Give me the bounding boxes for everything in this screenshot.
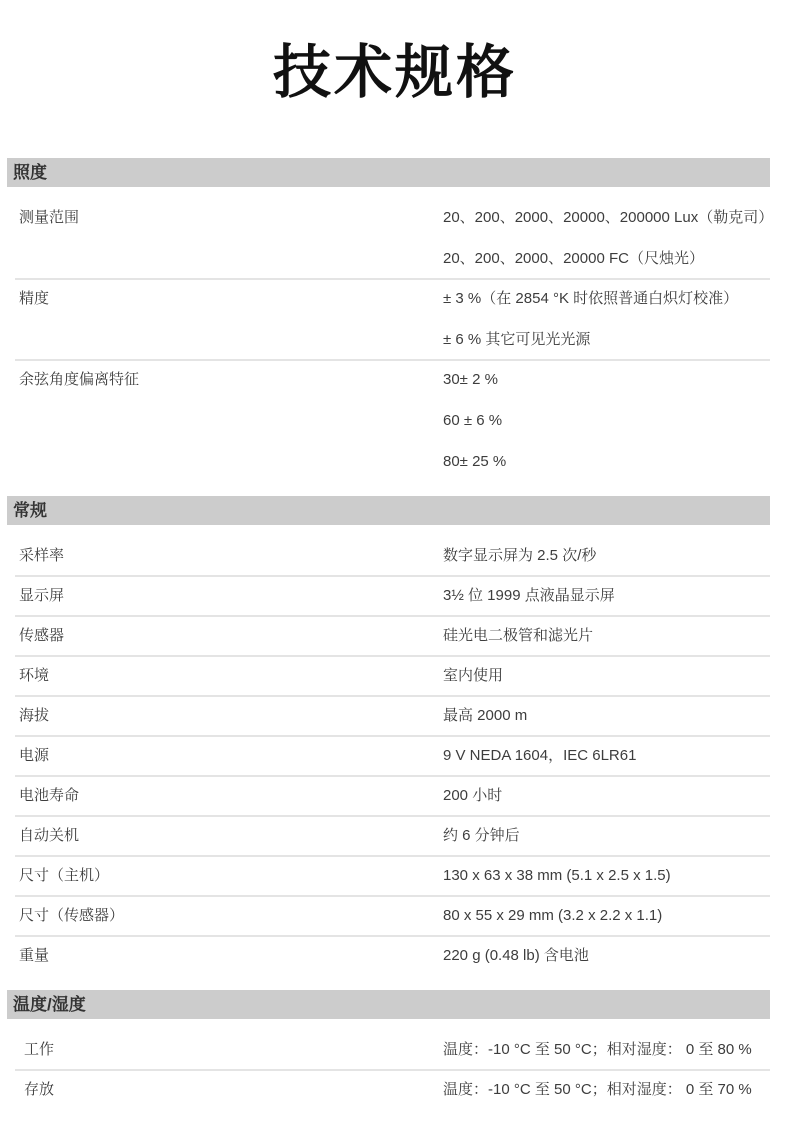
spec-section: 照度测量范围20、200、2000、20000、200000 Lux（勒克司）2…	[0, 158, 790, 481]
spec-value-line: ± 3 %（在 2854 °K 时依照普通白炽灯校准）	[443, 289, 770, 309]
spec-values: 30± 2 %60 ± 6 %80± 25 %	[443, 370, 770, 472]
section-header: 常规	[7, 496, 770, 525]
spec-row: 尺寸（传感器）80 x 55 x 29 mm (3.2 x 2.2 x 1.1)	[15, 897, 770, 937]
spec-value-line: 80± 25 %	[443, 452, 770, 472]
section-header: 温度/湿度	[7, 990, 770, 1019]
spec-label: 自动关机	[15, 826, 443, 846]
spec-values: 温度：-10 °C 至 50 °C；相对湿度： 0 至 70 %	[443, 1080, 770, 1100]
spec-row: 环境室内使用	[15, 657, 770, 697]
spec-values: 200 小时	[443, 786, 770, 806]
spec-value-line: 硅光电二极管和滤光片	[443, 626, 770, 646]
spec-label: 存放	[15, 1080, 443, 1100]
spec-section: 温度/湿度工作温度：-10 °C 至 50 °C；相对湿度： 0 至 80 %存…	[0, 990, 790, 1109]
spec-value-line: ± 6 % 其它可见光光源	[443, 330, 770, 350]
spec-row: 余弦角度偏离特征30± 2 %60 ± 6 %80± 25 %	[15, 361, 770, 481]
spec-values: 130 x 63 x 38 mm (5.1 x 2.5 x 1.5)	[443, 866, 770, 886]
spec-value-line: 最高 2000 m	[443, 706, 770, 726]
spec-values: ± 3 %（在 2854 °K 时依照普通白炽灯校准）± 6 % 其它可见光光源	[443, 289, 770, 350]
spec-values: 约 6 分钟后	[443, 826, 770, 846]
spec-row: 采样率数字显示屏为 2.5 次/秒	[15, 525, 770, 577]
spec-row: 自动关机约 6 分钟后	[15, 817, 770, 857]
spec-value-line: 60 ± 6 %	[443, 411, 770, 431]
spec-value-line: 室内使用	[443, 666, 770, 686]
spec-values: 220 g (0.48 lb) 含电池	[443, 946, 770, 966]
spec-values: 数字显示屏为 2.5 次/秒	[443, 546, 770, 566]
spec-label: 重量	[15, 946, 443, 966]
spec-value-line: 80 x 55 x 29 mm (3.2 x 2.2 x 1.1)	[443, 906, 770, 926]
spec-values: 室内使用	[443, 666, 770, 686]
spec-value-line: 温度：-10 °C 至 50 °C；相对湿度： 0 至 80 %	[443, 1040, 770, 1060]
section-header: 照度	[7, 158, 770, 187]
spec-values: 9 V NEDA 1604，IEC 6LR61	[443, 746, 770, 766]
spec-values: 20、200、2000、20000、200000 Lux（勒克司）20、200、…	[443, 208, 770, 269]
spec-row: 海拔最高 2000 m	[15, 697, 770, 737]
spec-label: 环境	[15, 666, 443, 686]
spec-value-line: 30± 2 %	[443, 370, 770, 390]
spec-row: 电源9 V NEDA 1604，IEC 6LR61	[15, 737, 770, 777]
spec-row: 存放温度：-10 °C 至 50 °C；相对湿度： 0 至 70 %	[15, 1071, 770, 1109]
spec-values: 3½ 位 1999 点液晶显示屏	[443, 586, 770, 606]
spec-label: 电池寿命	[15, 786, 443, 806]
spec-value-line: 3½ 位 1999 点液晶显示屏	[443, 586, 770, 606]
spec-row: 电池寿命200 小时	[15, 777, 770, 817]
spec-row: 传感器硅光电二极管和滤光片	[15, 617, 770, 657]
spec-value-line: 数字显示屏为 2.5 次/秒	[443, 546, 770, 566]
spec-label: 海拔	[15, 706, 443, 726]
page-title: 技术规格	[0, 31, 790, 115]
section-rows: 测量范围20、200、2000、20000、200000 Lux（勒克司）20、…	[15, 187, 770, 481]
spec-values: 80 x 55 x 29 mm (3.2 x 2.2 x 1.1)	[443, 906, 770, 926]
spec-label: 电源	[15, 746, 443, 766]
spec-value-line: 20、200、2000、20000、200000 Lux（勒克司）	[443, 208, 770, 228]
spec-values: 硅光电二极管和滤光片	[443, 626, 770, 646]
spec-section: 常规采样率数字显示屏为 2.5 次/秒显示屏3½ 位 1999 点液晶显示屏传感…	[0, 496, 790, 975]
spec-values: 温度：-10 °C 至 50 °C；相对湿度： 0 至 80 %	[443, 1040, 770, 1060]
spec-label: 测量范围	[15, 208, 443, 228]
spec-label: 采样率	[15, 546, 443, 566]
spec-label: 工作	[15, 1040, 443, 1060]
spec-values: 最高 2000 m	[443, 706, 770, 726]
spec-label: 尺寸（主机）	[15, 866, 443, 886]
spec-row: 工作温度：-10 °C 至 50 °C；相对湿度： 0 至 80 %	[15, 1019, 770, 1071]
spec-row: 重量220 g (0.48 lb) 含电池	[15, 937, 770, 975]
spec-value-line: 温度：-10 °C 至 50 °C；相对湿度： 0 至 70 %	[443, 1080, 770, 1100]
spec-label: 尺寸（传感器）	[15, 906, 443, 926]
spec-label: 显示屏	[15, 586, 443, 606]
spec-row: 测量范围20、200、2000、20000、200000 Lux（勒克司）20、…	[15, 187, 770, 280]
spec-value-line: 20、200、2000、20000 FC（尺烛光）	[443, 249, 770, 269]
spec-label: 传感器	[15, 626, 443, 646]
spec-row: 尺寸（主机）130 x 63 x 38 mm (5.1 x 2.5 x 1.5)	[15, 857, 770, 897]
spec-row: 精度± 3 %（在 2854 °K 时依照普通白炽灯校准）± 6 % 其它可见光…	[15, 280, 770, 361]
spec-label: 精度	[15, 289, 443, 309]
spec-document: 技术规格 照度测量范围20、200、2000、20000、200000 Lux（…	[0, 31, 790, 1109]
section-rows: 工作温度：-10 °C 至 50 °C；相对湿度： 0 至 80 %存放温度：-…	[15, 1019, 770, 1109]
spec-row: 显示屏3½ 位 1999 点液晶显示屏	[15, 577, 770, 617]
spec-label: 余弦角度偏离特征	[15, 370, 443, 390]
spec-value-line: 130 x 63 x 38 mm (5.1 x 2.5 x 1.5)	[443, 866, 770, 886]
spec-value-line: 约 6 分钟后	[443, 826, 770, 846]
spec-value-line: 200 小时	[443, 786, 770, 806]
spec-value-line: 9 V NEDA 1604，IEC 6LR61	[443, 746, 770, 766]
spec-value-line: 220 g (0.48 lb) 含电池	[443, 946, 770, 966]
section-rows: 采样率数字显示屏为 2.5 次/秒显示屏3½ 位 1999 点液晶显示屏传感器硅…	[15, 525, 770, 975]
sections-container: 照度测量范围20、200、2000、20000、200000 Lux（勒克司）2…	[0, 158, 790, 1109]
